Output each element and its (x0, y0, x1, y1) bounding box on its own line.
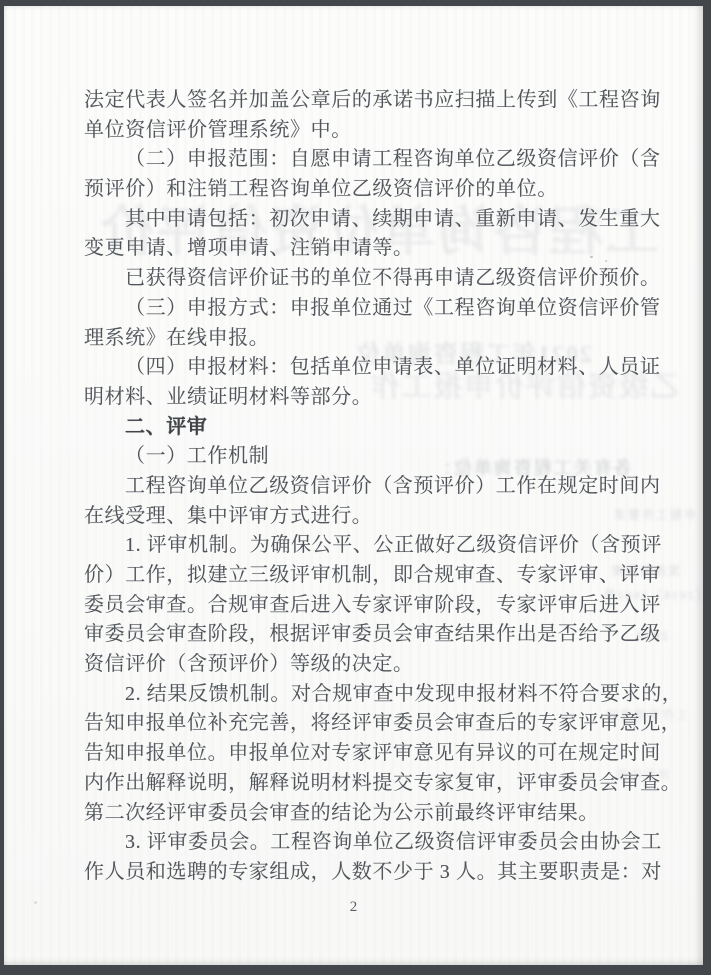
text-line: 法定代表人签名并加盖公章后的承诺书应扫描上传到《工程咨询 (84, 86, 644, 116)
text-line: 工程咨询单位乙级资信评价（含预评价）工作在规定时间内 (84, 472, 644, 502)
text-line: （二）申报范围：自愿申请工程咨询单位乙级资信评价（含 (84, 145, 644, 175)
paper-speck (605, 260, 607, 262)
paper-speck (590, 256, 593, 258)
text-line: 其中申请包括：初次申请、续期申请、重新申请、发生重大 (84, 205, 644, 235)
text-line: （一）工作机制 (84, 442, 644, 472)
text-line: 第二次经评审委员会审查的结论为公示前最终评审结果。 (84, 799, 644, 829)
text-line: （三）申报方式：申报单位通过《工程咨询单位资信评价管 (84, 294, 644, 324)
text-line: 已获得资信评价证书的单位不得再申请乙级资信评价预价。 (84, 264, 644, 294)
paper-speck (34, 901, 37, 904)
text-line: 单位资信评价管理系统》中。 (84, 116, 644, 146)
page-number: 2 (4, 899, 703, 916)
text-line: 资信评价（含预评价）等级的决定。 (84, 650, 644, 680)
text-line: （四）申报材料：包括单位申请表、单位证明材料、人员证 (84, 353, 644, 383)
text-line: 理系统》在线申报。 (84, 324, 644, 354)
text-line: 2. 结果反馈机制。对合规审查中发现申报材料不符合要求的， (84, 680, 644, 710)
text-line: 变更申请、增项申请、注销申请等。 (84, 234, 644, 264)
section-heading: 二、评审 (84, 413, 644, 443)
text-line: 3. 评审委员会。工程咨询单位乙级资信评审委员会由协会工 (84, 828, 644, 858)
paper-sheet: 工程咨询单位资信评价2021年工程咨询单位乙级资信评价申报工作各有关工程咨询单位… (4, 6, 703, 965)
text-line: 告知申报单位补充完善，将经评审委员会审查后的专家评审意见， (84, 709, 644, 739)
text-line: 内作出解释说明，解释说明材料提交专家复审，评审委员会审查。 (84, 769, 644, 799)
text-line: 在线受理、集中评审方式进行。 (84, 502, 644, 532)
document-body: 法定代表人签名并加盖公章后的承诺书应扫描上传到《工程咨询单位资信评价管理系统》中… (84, 86, 644, 888)
text-line: 预评价）和注销工程咨询单位乙级资信评价的单位。 (84, 175, 644, 205)
text-line: 作人员和选聘的专家组成，人数不少于 3 人。其主要职责是：对 (84, 858, 644, 888)
text-line: 1. 评审机制。为确保公平、公正做好乙级资信评价（含预评 (84, 531, 644, 561)
text-line: 委员会审查。合规审查后进入专家评审阶段，专家评审后进入评 (84, 591, 644, 621)
text-line: 告知申报单位。申报单位对专家评审意见有异议的可在规定时间 (84, 739, 644, 769)
text-line: 价）工作，拟建立三级评审机制，即合规审查、专家评审、评审 (84, 561, 644, 591)
text-line: 审委员会审查阶段，根据评审委员会审查结果作出是否给予乙级 (84, 620, 644, 650)
text-line: 明材料、业绩证明材料等部分。 (84, 383, 644, 413)
scanned-page-view: { "page": { "number": "2" }, "colors": {… (0, 0, 711, 975)
